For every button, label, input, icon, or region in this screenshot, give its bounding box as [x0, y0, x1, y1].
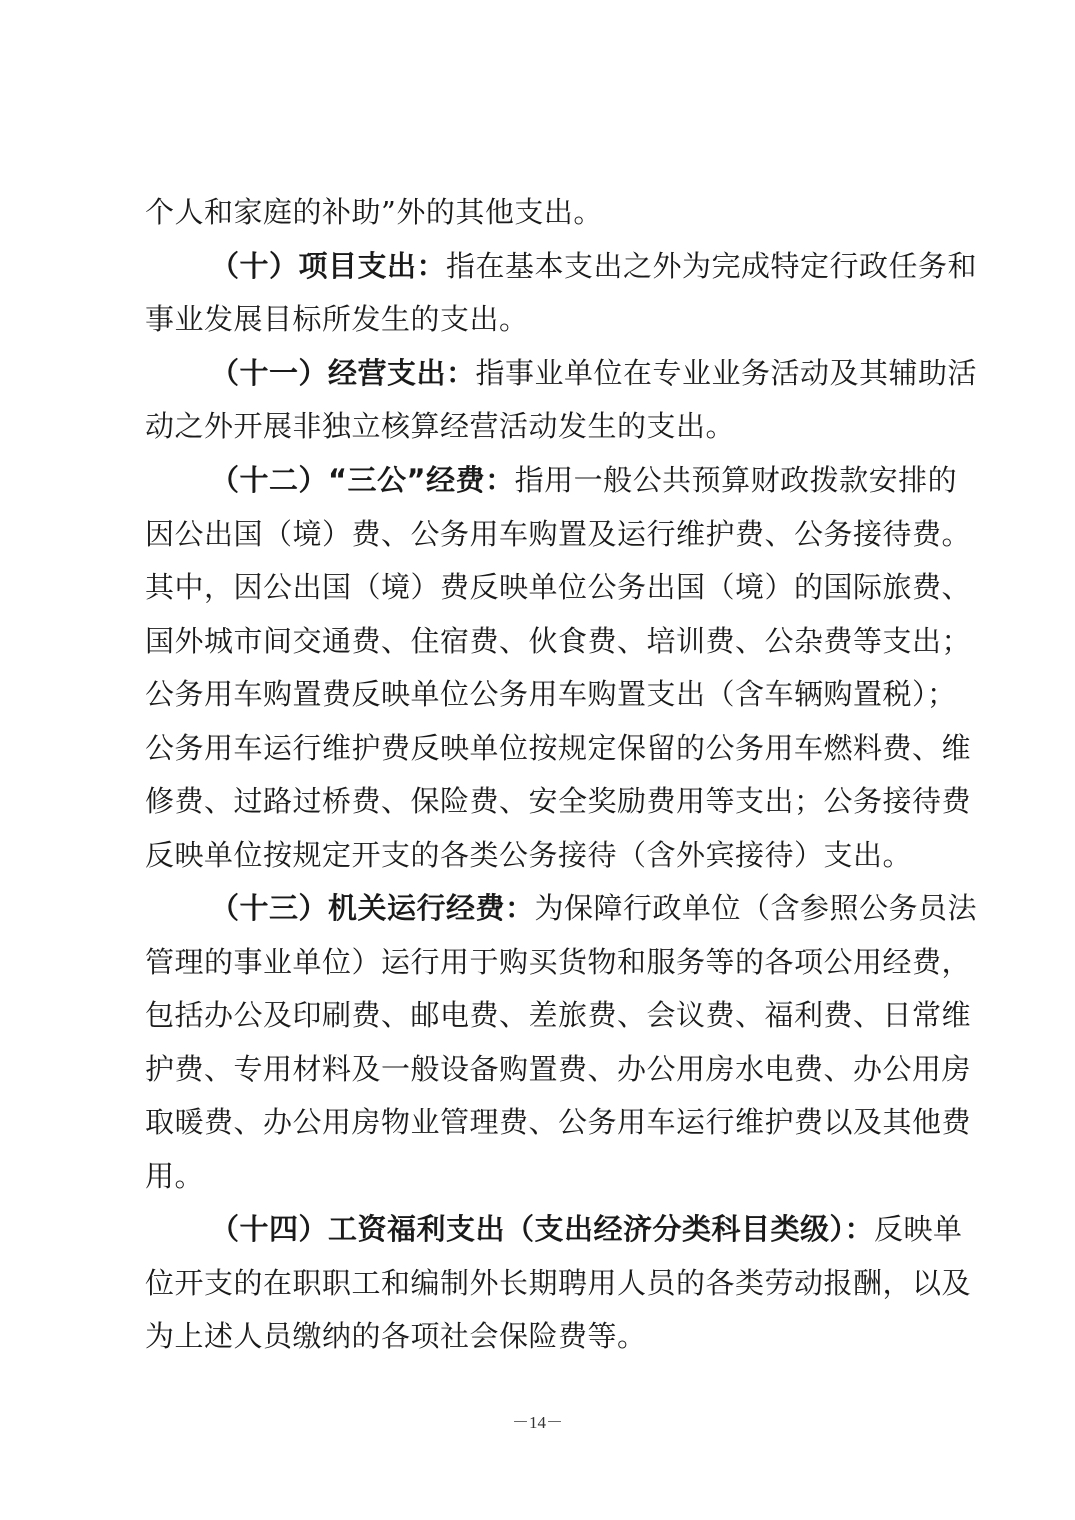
item-text: 指在基本支出之外为完成特定行政任务和: [446, 249, 977, 283]
item-text: 指用一般公共预算财政拨款安排的: [515, 463, 958, 497]
paragraph-line: 国外城市间交通费、住宿费、伙食费、培训费、公杂费等支出；: [145, 621, 942, 661]
paragraph-line: 公务用车购置费反映单位公务用车购置支出（含车辆购置税）；: [145, 674, 942, 714]
paragraph-line: 取暖费、办公用房物业管理费、公务用车运行维护费以及其他费: [145, 1102, 942, 1142]
paragraph-line: 反映单位按规定开支的各类公务接待（含外宾接待）支出。: [145, 835, 942, 875]
page-number: －14－: [0, 1408, 1075, 1433]
paragraph-line: 事业发展目标所发生的支出。: [145, 299, 942, 339]
item-heading: （十）项目支出：: [210, 249, 446, 283]
paragraph-line: 为上述人员缴纳的各项社会保险费等。: [145, 1316, 942, 1356]
item-heading: （十四）工资福利支出（支出经济分类科目类级）：: [210, 1212, 874, 1246]
paragraph-item-12-first-line: （十二）“三公”经费：指用一般公共预算财政拨款安排的: [210, 460, 942, 500]
paragraph-line: 位开支的在职职工和编制外长期聘用人员的各类劳动报酬，以及: [145, 1263, 942, 1303]
paragraph-line: 包括办公及印刷费、邮电费、差旅费、会议费、福利费、日常维: [145, 995, 942, 1035]
paragraph-line: 管理的事业单位）运行用于购买货物和服务等的各项公用经费，: [145, 942, 942, 982]
paragraph-item-13-first-line: （十三）机关运行经费：为保障行政单位（含参照公务员法: [210, 888, 942, 928]
paragraph-line: 护费、专用材料及一般设备购置费、办公用房水电费、办公用房: [145, 1049, 942, 1089]
paragraph-line: 个人和家庭的补助”外的其他支出。: [145, 192, 942, 232]
item-heading: （十一）经营支出：: [210, 356, 476, 390]
document-page: 个人和家庭的补助”外的其他支出。 （十）项目支出：指在基本支出之外为完成特定行政…: [0, 0, 1075, 1520]
item-text: 为保障行政单位（含参照公务员法: [535, 891, 978, 925]
paragraph-item-14-first-line: （十四）工资福利支出（支出经济分类科目类级）：反映单: [210, 1209, 942, 1249]
paragraph-line: 修费、过路过桥费、保险费、安全奖励费用等支出；公务接待费: [145, 781, 942, 821]
item-text: 反映单: [874, 1212, 963, 1246]
paragraph-line: 用。: [145, 1156, 942, 1196]
paragraph-line: 其中，因公出国（境）费反映单位公务出国（境）的国际旅费、: [145, 567, 942, 607]
paragraph-line: 动之外开展非独立核算经营活动发生的支出。: [145, 406, 942, 446]
item-heading: （十三）机关运行经费：: [210, 891, 535, 925]
paragraph-item-10-first-line: （十）项目支出：指在基本支出之外为完成特定行政任务和: [210, 246, 942, 286]
paragraph-item-11-first-line: （十一）经营支出：指事业单位在专业业务活动及其辅助活: [210, 353, 942, 393]
paragraph-line: 因公出国（境）费、公务用车购置及运行维护费、公务接待费。: [145, 514, 942, 554]
paragraph-line: 公务用车运行维护费反映单位按规定保留的公务用车燃料费、维: [145, 728, 942, 768]
item-heading: （十二）“三公”经费：: [210, 463, 515, 497]
item-text: 指事业单位在专业业务活动及其辅助活: [476, 356, 978, 390]
